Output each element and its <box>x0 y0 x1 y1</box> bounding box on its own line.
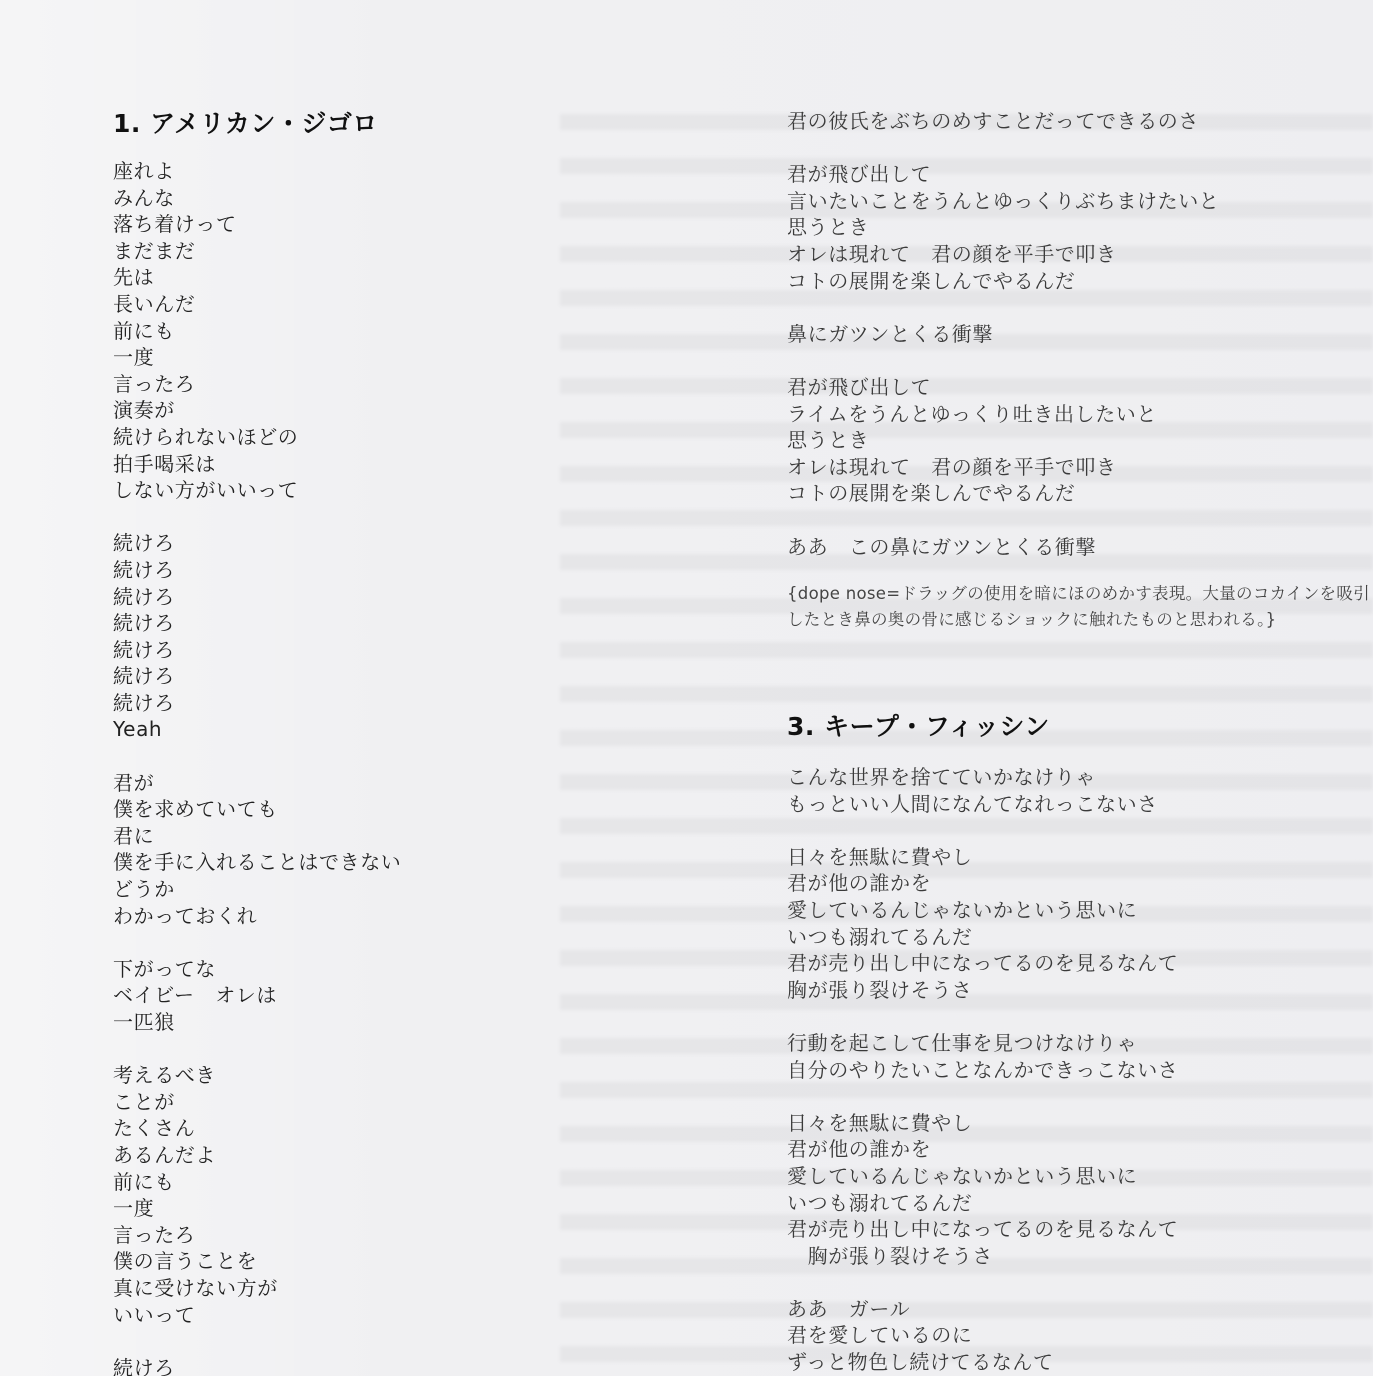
lyric-line: 行動を起こして仕事を見つけなけりゃ <box>787 1030 1178 1057</box>
lyric-line: 僕を求めていても <box>113 796 401 823</box>
lyric-line: 胸が張り裂けそうさ <box>787 977 1178 1004</box>
lyric-line: 君が <box>113 770 401 797</box>
lyric-line: 続けろ <box>113 557 401 584</box>
lyric-line: こんな世界を捨てていかなけりゃ <box>787 764 1178 791</box>
lyric-line: 続けろ <box>113 690 401 717</box>
lyric-line: 僕の言うことを <box>113 1248 401 1275</box>
lyric-line: コトの展開を楽しんでやるんだ <box>787 480 1219 507</box>
lyrics-right-part2: こんな世界を捨てていかなけりゃもっといい人間になんてなれっこないさ日々を無駄に費… <box>787 764 1178 1376</box>
lyric-line: たくさん <box>113 1115 401 1142</box>
lyric-line: 続けろ <box>113 584 401 611</box>
lyric-line: 長いんだ <box>113 291 401 318</box>
stanza-break <box>113 1328 401 1355</box>
lyric-line: 日々を無駄に費やし <box>787 1110 1178 1137</box>
lyric-line: ああ この鼻にガツンとくる衝撃 <box>787 534 1219 561</box>
lyric-line: 思うとき <box>787 214 1219 241</box>
lyric-line: いつも溺れてるんだ <box>787 924 1178 951</box>
lyric-line: 続けろ <box>113 637 401 664</box>
lyric-line: 愛しているんじゃないかという思いに <box>787 897 1178 924</box>
lyric-line: わかっておくれ <box>113 903 401 930</box>
lyric-line: 続けろ <box>113 1355 401 1376</box>
lyric-line: 君が飛び出して <box>787 161 1219 188</box>
lyric-line: 君が他の誰かを <box>787 870 1178 897</box>
stanza-break <box>113 929 401 956</box>
lyric-line: 日々を無駄に費やし <box>787 844 1178 871</box>
translator-note: {dope nose=ドラッグの使用を暗にほのめかす表現。大量のコカインを吸引し… <box>787 581 1373 633</box>
lyric-line: Yeah <box>113 716 401 743</box>
lyric-line: 君の彼氏をぶちのめすことだってできるのさ <box>787 108 1219 135</box>
lyric-line: 座れよ <box>113 158 401 185</box>
lyric-line: 思うとき <box>787 427 1219 454</box>
lyric-line: 拍手喝采は <box>113 451 401 478</box>
lyric-line: コトの展開を楽しんでやるんだ <box>787 268 1219 295</box>
stanza-break <box>113 504 401 531</box>
lyric-line: 前にも <box>113 318 401 345</box>
lyric-line: 一度 <box>113 1195 401 1222</box>
lyric-line: 愛しているんじゃないかという思いに <box>787 1163 1178 1190</box>
lyric-line: しない方がいいって <box>113 477 401 504</box>
stanza-break <box>787 1269 1178 1296</box>
lyric-line: オレは現れて 君の顔を平手で叩き <box>787 454 1219 481</box>
lyric-line: ライムをうんとゆっくり吐き出したいと <box>787 401 1219 428</box>
lyric-line: 続けろ <box>113 663 401 690</box>
lyric-line: 一度 <box>113 344 401 371</box>
lyric-line: 一匹狼 <box>113 1009 401 1036</box>
stanza-break <box>787 817 1178 844</box>
lyric-line: どうか <box>113 876 401 903</box>
lyric-line: 落ち着けって <box>113 211 401 238</box>
stanza-break <box>787 1083 1178 1110</box>
lyrics-page: 1. アメリカン・ジゴロ 座れよみんな落ち着けってまだまだ先は長いんだ前にも一度… <box>0 0 1373 1376</box>
lyric-line: 君に <box>113 823 401 850</box>
stanza-break <box>787 507 1219 534</box>
lyric-line: ことが <box>113 1089 401 1116</box>
lyric-line: 君が売り出し中になってるのを見るなんて <box>787 950 1178 977</box>
lyric-line: 続けろ <box>113 530 401 557</box>
stanza-break <box>787 347 1219 374</box>
lyric-line: いつも溺れてるんだ <box>787 1190 1178 1217</box>
lyric-line: 僕を手に入れることはできない <box>113 849 401 876</box>
lyric-line: 前にも <box>113 1169 401 1196</box>
lyric-line: 考えるべき <box>113 1062 401 1089</box>
lyric-line: 自分のやりたいことなんかできっこないさ <box>787 1057 1178 1084</box>
lyric-line: 言ったろ <box>113 1222 401 1249</box>
stanza-break <box>113 743 401 770</box>
lyric-line: 先は <box>113 264 401 291</box>
lyric-line: 君が売り出し中になってるのを見るなんて <box>787 1216 1178 1243</box>
lyrics-right-part1: 君の彼氏をぶちのめすことだってできるのさ君が飛び出して言いたいことをうんとゆっく… <box>787 108 1219 560</box>
lyrics-left: 座れよみんな落ち着けってまだまだ先は長いんだ前にも一度言ったろ演奏が続けられない… <box>113 158 401 1376</box>
lyric-line: みんな <box>113 185 401 212</box>
lyric-line: 続けられないほどの <box>113 424 401 451</box>
lyric-line: オレは現れて 君の顔を平手で叩き <box>787 241 1219 268</box>
lyric-line: 下がってな <box>113 956 401 983</box>
lyric-line: 言ったろ <box>113 371 401 398</box>
lyric-line: 演奏が <box>113 397 401 424</box>
stanza-break <box>787 1003 1178 1030</box>
lyric-line: ずっと物色し続けてるなんて <box>787 1349 1178 1376</box>
lyric-line: 胸が張り裂けそうさ <box>787 1243 1178 1270</box>
lyric-line: 言いたいことをうんとゆっくりぶちまけたいと <box>787 188 1219 215</box>
lyric-line: 続けろ <box>113 610 401 637</box>
stanza-break <box>113 1036 401 1063</box>
lyric-line: ああ ガール <box>787 1296 1178 1323</box>
lyric-line: 君を愛しているのに <box>787 1322 1178 1349</box>
lyric-line: もっといい人間になんてなれっこないさ <box>787 791 1178 818</box>
lyric-line: 真に受けない方が <box>113 1275 401 1302</box>
lyric-line: あるんだよ <box>113 1142 401 1169</box>
stanza-break <box>787 294 1219 321</box>
lyric-line: 君が飛び出して <box>787 374 1219 401</box>
stanza-break <box>787 135 1219 162</box>
lyric-line: いいって <box>113 1302 401 1329</box>
lyric-line: ベイビー オレは <box>113 982 401 1009</box>
lyric-line: まだまだ <box>113 238 401 265</box>
song-title-3: 3. キープ・フィッシン <box>787 707 1050 743</box>
lyric-line: 鼻にガツンとくる衝撃 <box>787 321 1219 348</box>
lyric-line: 君が他の誰かを <box>787 1136 1178 1163</box>
song-title-1: 1. アメリカン・ジゴロ <box>113 104 378 140</box>
